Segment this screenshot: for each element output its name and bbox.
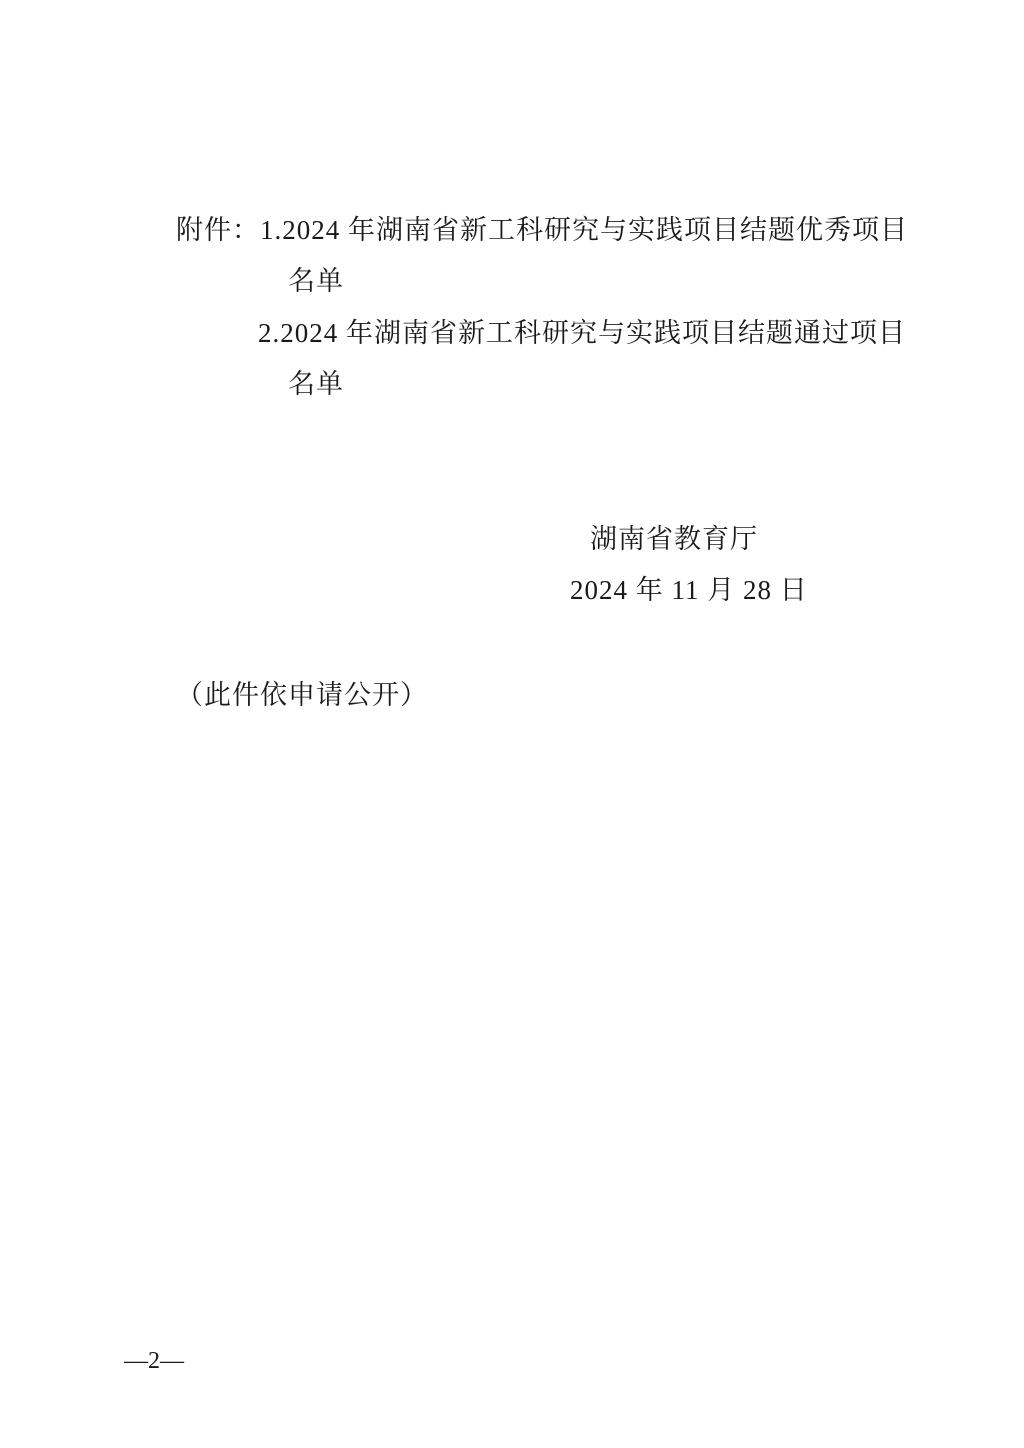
attachment-1-title-continued: 名单 (288, 264, 344, 298)
attachment-2-title-continued: 名单 (288, 367, 344, 401)
issuing-organization: 湖南省教育厅 (590, 522, 758, 556)
page-number: —2— (124, 1346, 184, 1376)
attachment-item-1: 附件：1.2024 年湖南省新工科研究与实践项目结题优秀项目 (176, 213, 908, 247)
disclosure-note: （此件依申请公开） (176, 678, 428, 712)
issue-date: 2024 年 11 月 28 日 (570, 573, 808, 607)
attachment-2-title: 2.2024 年湖南省新工科研究与实践项目结题通过项目 (258, 316, 906, 350)
attachments-label: 附件： (176, 215, 260, 245)
attachment-1-title: 1.2024 年湖南省新工科研究与实践项目结题优秀项目 (260, 215, 908, 245)
